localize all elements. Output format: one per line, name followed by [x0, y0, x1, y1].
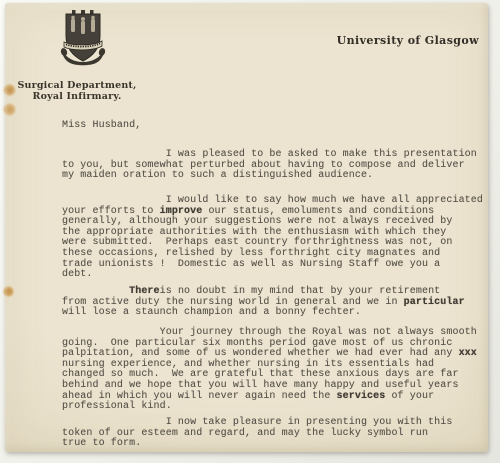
- letterhead-university: University of Glasgow: [337, 34, 479, 47]
- letter-paragraph: I was pleased to be asked to make this p…: [62, 150, 477, 182]
- letter-salutation: Miss Husband,: [62, 121, 141, 132]
- letter-paragraph: I would like to say how much we have all…: [62, 196, 483, 281]
- royal-infirmary-crest-icon: [60, 10, 106, 74]
- paper-stain: [3, 286, 14, 297]
- letterhead-department-line1: Surgical Department,: [13, 80, 141, 91]
- letterhead-department-line2: Royal Infirmary.: [13, 91, 141, 102]
- letter-paragraph: Thereis no doubt in my mind that by your…: [62, 287, 465, 319]
- letter-paragraph: Your journey through the Royal was not a…: [62, 328, 477, 413]
- letterhead-department: Surgical Department, Royal Infirmary.: [13, 80, 141, 102]
- scanned-letter-background: { "letterhead": { "crest_icon": "glasgow…: [0, 0, 500, 463]
- paper-stain: [3, 103, 16, 116]
- letter-paragraph: I now take pleasure in presenting you wi…: [62, 418, 452, 450]
- paper-stain: [3, 84, 16, 96]
- letter-page: Surgical Department, Royal Infirmary. Un…: [5, 3, 488, 452]
